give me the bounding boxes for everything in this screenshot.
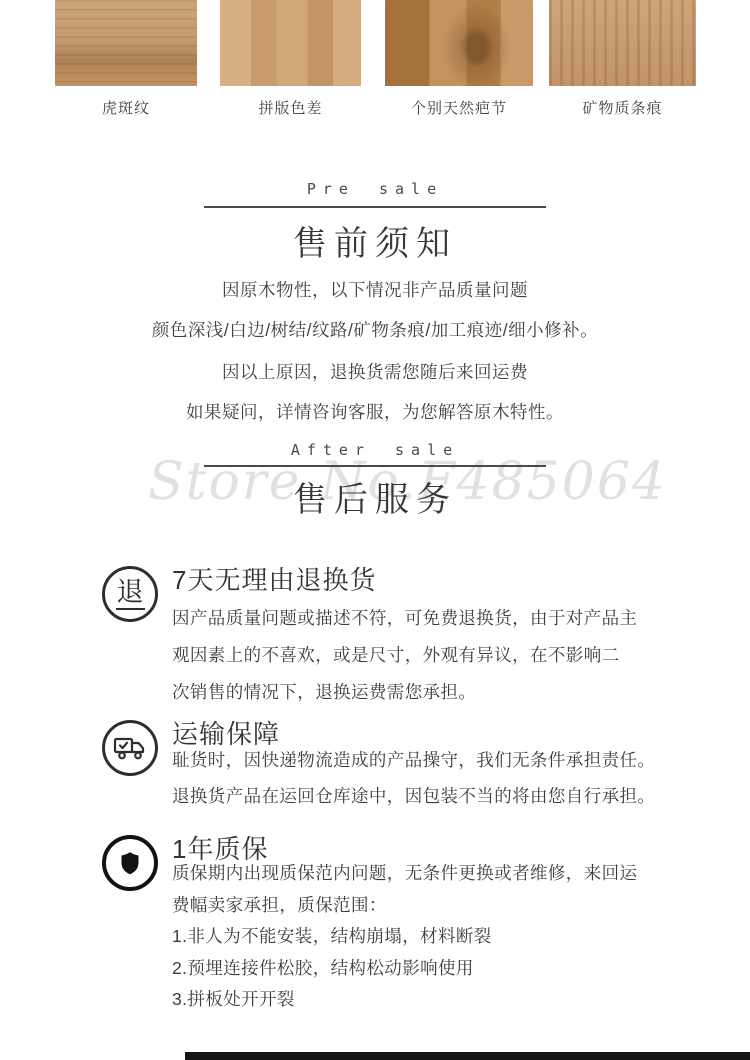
- service-body-shipping: 耻货时，因快递物流造成的产品操守，我们无条件承担责任。 退换货产品在运回仓库途中…: [172, 742, 672, 814]
- presale-eyebrow: Pre sale: [0, 180, 750, 198]
- wood-sample-image-panel-color-difference: [220, 0, 361, 86]
- presale-note-line: 颜色深浅/白边/树结/纹路/矿物条痕/加工痕迹/细小修补。: [0, 317, 750, 342]
- shield-icon-glyph: [113, 846, 147, 880]
- presale-note-line: 如果疑问，详情咨询客服，为您解答原木特性。: [0, 399, 750, 424]
- wood-sample-label: 个别天然疤节: [385, 96, 533, 118]
- presale-note-line: 因以上原因，退换货需您随后来回运费: [0, 359, 750, 384]
- shield-icon: [102, 835, 158, 891]
- aftersale-eyebrow: After sale: [0, 441, 750, 459]
- product-detail-page: 虎斑纹 拼版色差 个别天然疤节 矿物质条痕 Pre sale 售前须知 因原木物…: [0, 0, 750, 1060]
- service-body-warranty: 质保期内出现质保范内问题，无条件更换或者维修，来回运 费幅卖家承担，质保范围： …: [172, 858, 672, 1016]
- wood-sample-image-mineral-streak: [549, 0, 696, 86]
- return-icon: 退: [102, 566, 158, 622]
- service-title-returns: 7天无理由退换货: [172, 560, 376, 597]
- return-icon-glyph: 退: [116, 579, 145, 610]
- presale-title: 售前须知: [0, 216, 750, 265]
- presale-divider: [204, 206, 546, 208]
- wood-sample-label: 虎斑纹: [55, 96, 197, 118]
- service-body-returns: 因产品质量问题或描述不符，可免费退换货，由于对产品主 观因素上的不喜欢，或是尺寸…: [172, 600, 672, 711]
- wood-sample-label: 拼版色差: [220, 96, 361, 118]
- wood-sample-image-natural-knot: [385, 0, 533, 86]
- wood-sample-label: 矿物质条痕: [549, 96, 696, 118]
- bottom-bar: [185, 1052, 750, 1060]
- truck-icon: [102, 720, 158, 776]
- presale-note-line: 因原木物性，以下情况非产品质量问题: [0, 277, 750, 302]
- aftersale-divider: [204, 465, 546, 467]
- wood-sample-image-tiger-stripe: [55, 0, 197, 86]
- truck-icon-glyph: [111, 729, 149, 767]
- aftersale-title: 售后服务: [0, 472, 750, 521]
